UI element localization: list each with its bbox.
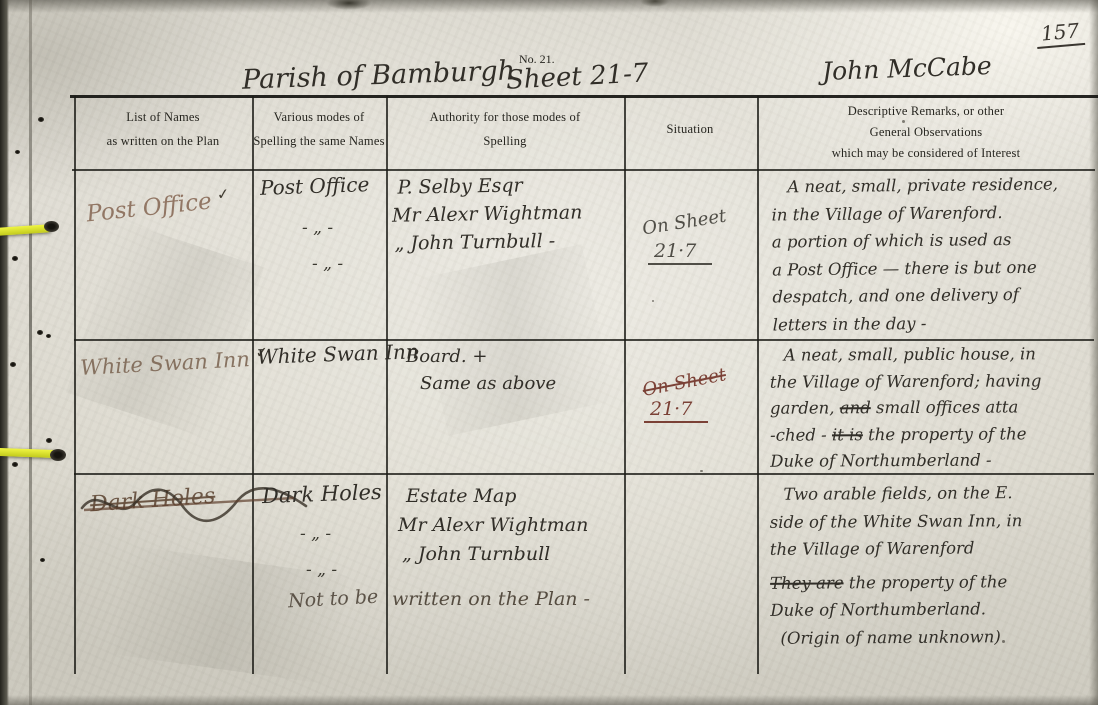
remark-line: A neat, small, private residence, bbox=[771, 171, 1058, 202]
table-column-divider bbox=[252, 96, 254, 674]
table-column-divider bbox=[386, 96, 388, 674]
situation-sheet-number: 21·7 bbox=[648, 240, 712, 265]
binding-hole bbox=[44, 221, 59, 232]
authority-line: Estate Map bbox=[406, 482, 604, 511]
remark-line: Duke of Northumberland - bbox=[770, 447, 1042, 475]
binding-crease bbox=[29, 0, 32, 705]
remark-line: a Post Office — there is but one bbox=[772, 253, 1059, 284]
remark-line: -ched - it is the property of the bbox=[770, 421, 1042, 449]
note-continuation: written on the Plan - bbox=[392, 585, 590, 614]
column-header-authority: Authority for those modes of bbox=[430, 110, 581, 125]
authority-line: Mr Alexr Wightman bbox=[392, 198, 583, 229]
column-header-spelling: Various modes of bbox=[274, 110, 365, 125]
authority-entry: Estate Map Mr Alexr Wightman „ John Turn… bbox=[406, 482, 604, 614]
remark-line: the Village of Warenford; having bbox=[770, 368, 1042, 396]
ditto-mark: - „ - bbox=[302, 218, 333, 238]
column-header-remarks: General Observations bbox=[870, 125, 983, 140]
authority-line: „ John Turnbull - bbox=[394, 226, 585, 257]
page-edge-shadow-bottom bbox=[0, 695, 1098, 705]
spelling-entry: Post Office bbox=[260, 172, 370, 200]
authority-entry: P. Selby Esqr Mr Alexr Wightman „ John T… bbox=[397, 170, 589, 257]
struck-word: it is bbox=[832, 425, 863, 444]
remarks-entry: Two arable fields, on the E. side of the… bbox=[769, 479, 1023, 652]
paper-speck bbox=[700, 470, 703, 472]
authority-line: Board. + bbox=[406, 346, 542, 367]
column-header-names: as written on the Plan bbox=[107, 134, 220, 149]
remark-line: (Origin of name unknown) bbox=[770, 623, 1023, 652]
authority-line: Same as above bbox=[420, 373, 556, 394]
struck-word: They are bbox=[770, 573, 844, 593]
binding-hole bbox=[40, 558, 45, 562]
remarks-entry: A neat, small, private residence, in the… bbox=[771, 171, 1059, 339]
note-not-to-be: Not to be bbox=[287, 586, 378, 613]
remark-line: letters in the day - bbox=[773, 308, 1060, 339]
column-header-situation: Situation bbox=[667, 122, 714, 137]
table-row-separator bbox=[74, 339, 1094, 341]
column-header-remarks: Descriptive Remarks, or other bbox=[848, 104, 1004, 119]
binding-hole bbox=[12, 256, 18, 261]
remark-line: a portion of which is used as bbox=[772, 226, 1059, 257]
binding-hole bbox=[15, 150, 20, 154]
table-column-divider bbox=[757, 96, 759, 674]
paper-speck bbox=[652, 300, 654, 302]
page-edge-shadow-right bbox=[1089, 0, 1098, 705]
ledger-page: 157 Parish of Bamburgh No. 21. Sheet 21-… bbox=[0, 0, 1098, 705]
book-spine bbox=[0, 0, 9, 705]
page-number-value: 157 bbox=[1035, 18, 1085, 49]
remark-line: in the Village of Warenford. bbox=[771, 198, 1058, 229]
binding-hole bbox=[46, 438, 52, 443]
remark-line: the Village of Warenford bbox=[770, 534, 1023, 563]
remarks-entry: A neat, small, public house, in the Vill… bbox=[770, 341, 1042, 475]
struck-word: and bbox=[840, 398, 871, 417]
column-header-remarks: which may be considered of Interest bbox=[832, 146, 1021, 161]
remark-line: Duke of Northumberland. bbox=[770, 595, 1023, 624]
page-number: 157 bbox=[1035, 18, 1085, 46]
remark-line: side of the White Swan Inn, in bbox=[770, 507, 1023, 536]
ditto-mark: - „ - bbox=[300, 524, 331, 544]
ditto-mark: - „ - bbox=[306, 560, 337, 580]
column-header-spelling: Spelling the same Names bbox=[253, 134, 384, 149]
surveyor-signature: John McCabe bbox=[822, 51, 993, 86]
remark-line: Two arable fields, on the E. bbox=[769, 479, 1022, 508]
binding-hole bbox=[46, 334, 51, 338]
column-header-authority: Spelling bbox=[483, 134, 526, 149]
binding-hole bbox=[10, 362, 16, 367]
column-header-names: List of Names bbox=[126, 110, 199, 125]
authority-line: „ John Turnbull bbox=[402, 540, 600, 569]
table-column-divider bbox=[624, 96, 626, 674]
binding-hole bbox=[38, 117, 44, 122]
table-border-top bbox=[70, 95, 1098, 98]
remark-line: despatch, and one delivery of bbox=[772, 280, 1059, 311]
ditto-mark: - „ - bbox=[312, 254, 343, 274]
checkmark-icon: ✓ bbox=[216, 185, 230, 204]
remark-line: garden, and small offices atta bbox=[770, 394, 1042, 422]
paper-speck bbox=[902, 120, 905, 123]
remark-line: A neat, small, public house, in bbox=[770, 341, 1042, 369]
table-border-left bbox=[74, 96, 76, 674]
page-edge-shadow-top bbox=[0, 0, 1098, 13]
remark-line: They are the property of the bbox=[770, 568, 1023, 597]
authority-line: Mr Alexr Wightman bbox=[398, 511, 596, 540]
spelling-entry: Dark Holes bbox=[262, 480, 382, 508]
authority-line: P. Selby Esqr bbox=[397, 170, 588, 201]
binding-hole bbox=[12, 462, 18, 467]
authority-entry: Board. + Same as above bbox=[406, 346, 542, 388]
binding-hole bbox=[37, 330, 43, 335]
binding-hole bbox=[50, 449, 66, 461]
situation-sheet-number: 21·7 bbox=[644, 398, 708, 423]
